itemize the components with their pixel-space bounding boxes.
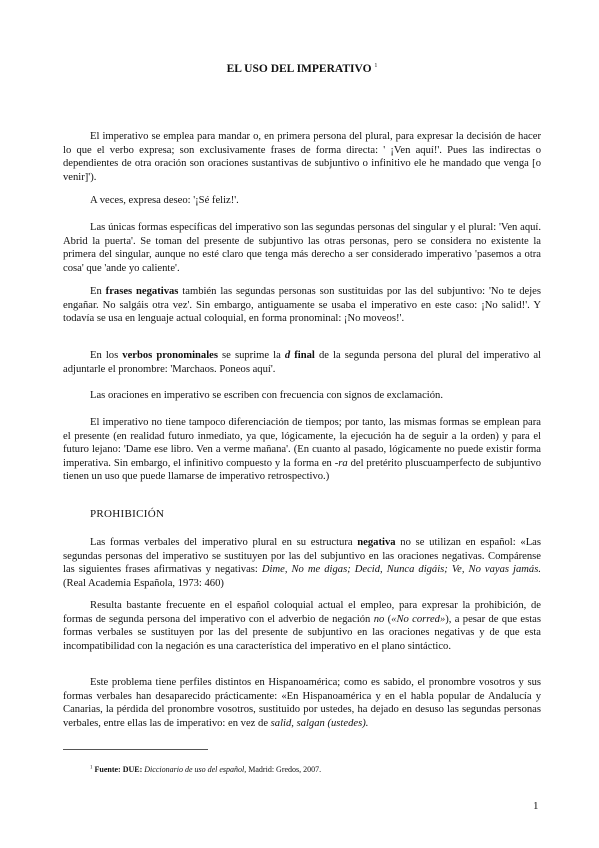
text-segment: En [90, 286, 106, 297]
text-segment: A veces, expresa deseo: '¡Sé feliz!'. [90, 195, 239, 206]
text-segment: Las únicas formas específicas del impera… [63, 222, 541, 274]
text-segment: negativa [357, 537, 395, 548]
title-text: EL USO DEL IMPERATIVO [227, 63, 372, 75]
text-segment: El imperativo se emplea para mandar o, e… [63, 131, 541, 183]
text-segment: se suprime la [218, 350, 285, 361]
footnote: 1 Fuente: DUE: Diccionario de uso del es… [90, 765, 321, 774]
text-segment: (Real Academia Española, 1973: 460) [63, 578, 224, 589]
text-segment: verbos pronominales [122, 350, 218, 361]
text-segment: Dime, No me digas; Decid, Nunca digáis; … [262, 564, 541, 575]
title-footnote-ref: 1 [374, 63, 377, 69]
paragraph-formas-especificas: Las únicas formas específicas del impera… [63, 221, 541, 275]
paragraph-deseo: A veces, expresa deseo: '¡Sé feliz!'. [63, 194, 541, 208]
paragraph-exclamacion: Las oraciones en imperativo se escriben … [63, 389, 541, 403]
paragraph-hispanoamerica: Este problema tiene perfiles distintos e… [63, 676, 541, 730]
text-segment: Las formas verbales del imperativo plura… [90, 537, 357, 548]
footnote-label: Fuente: DUE: [95, 765, 143, 774]
document-title: EL USO DEL IMPERATIVO 1 [63, 63, 541, 75]
page-number: 1 [533, 800, 539, 812]
text-segment: salid, salgan (ustedes). [271, 718, 369, 729]
text-segment: Las oraciones en imperativo se escriben … [90, 390, 443, 401]
section-heading-prohibicion: PROHIBICIÓN [90, 508, 164, 520]
paragraph-espanol-coloquial: Resulta bastante frecuente en el español… [63, 599, 541, 653]
paragraph-frases-negativas: En frases negativas también las segundas… [63, 285, 541, 326]
text-segment: -ra [335, 458, 348, 469]
paragraph-verbos-pronominales: En los verbos pronominales se suprime la… [63, 349, 541, 376]
paragraph-definition: El imperativo se emplea para mandar o, e… [63, 130, 541, 184]
footnote-rest: Madrid: Gredos, 2007. [248, 765, 321, 774]
text-segment: «No corred» [391, 614, 445, 625]
footnote-work: Diccionario de uso del español, [144, 765, 246, 774]
paragraph-estructura-negativa: Las formas verbales del imperativo plura… [63, 536, 541, 590]
text-segment: no [374, 614, 385, 625]
text-segment: final [294, 350, 315, 361]
paragraph-tiempos: El imperativo no tiene tampoco diferenci… [63, 416, 541, 484]
text-segment: En los [90, 350, 122, 361]
text-segment: frases negativas [106, 286, 179, 297]
footnote-ref: 1 [90, 765, 93, 770]
footnote-separator [63, 749, 208, 750]
